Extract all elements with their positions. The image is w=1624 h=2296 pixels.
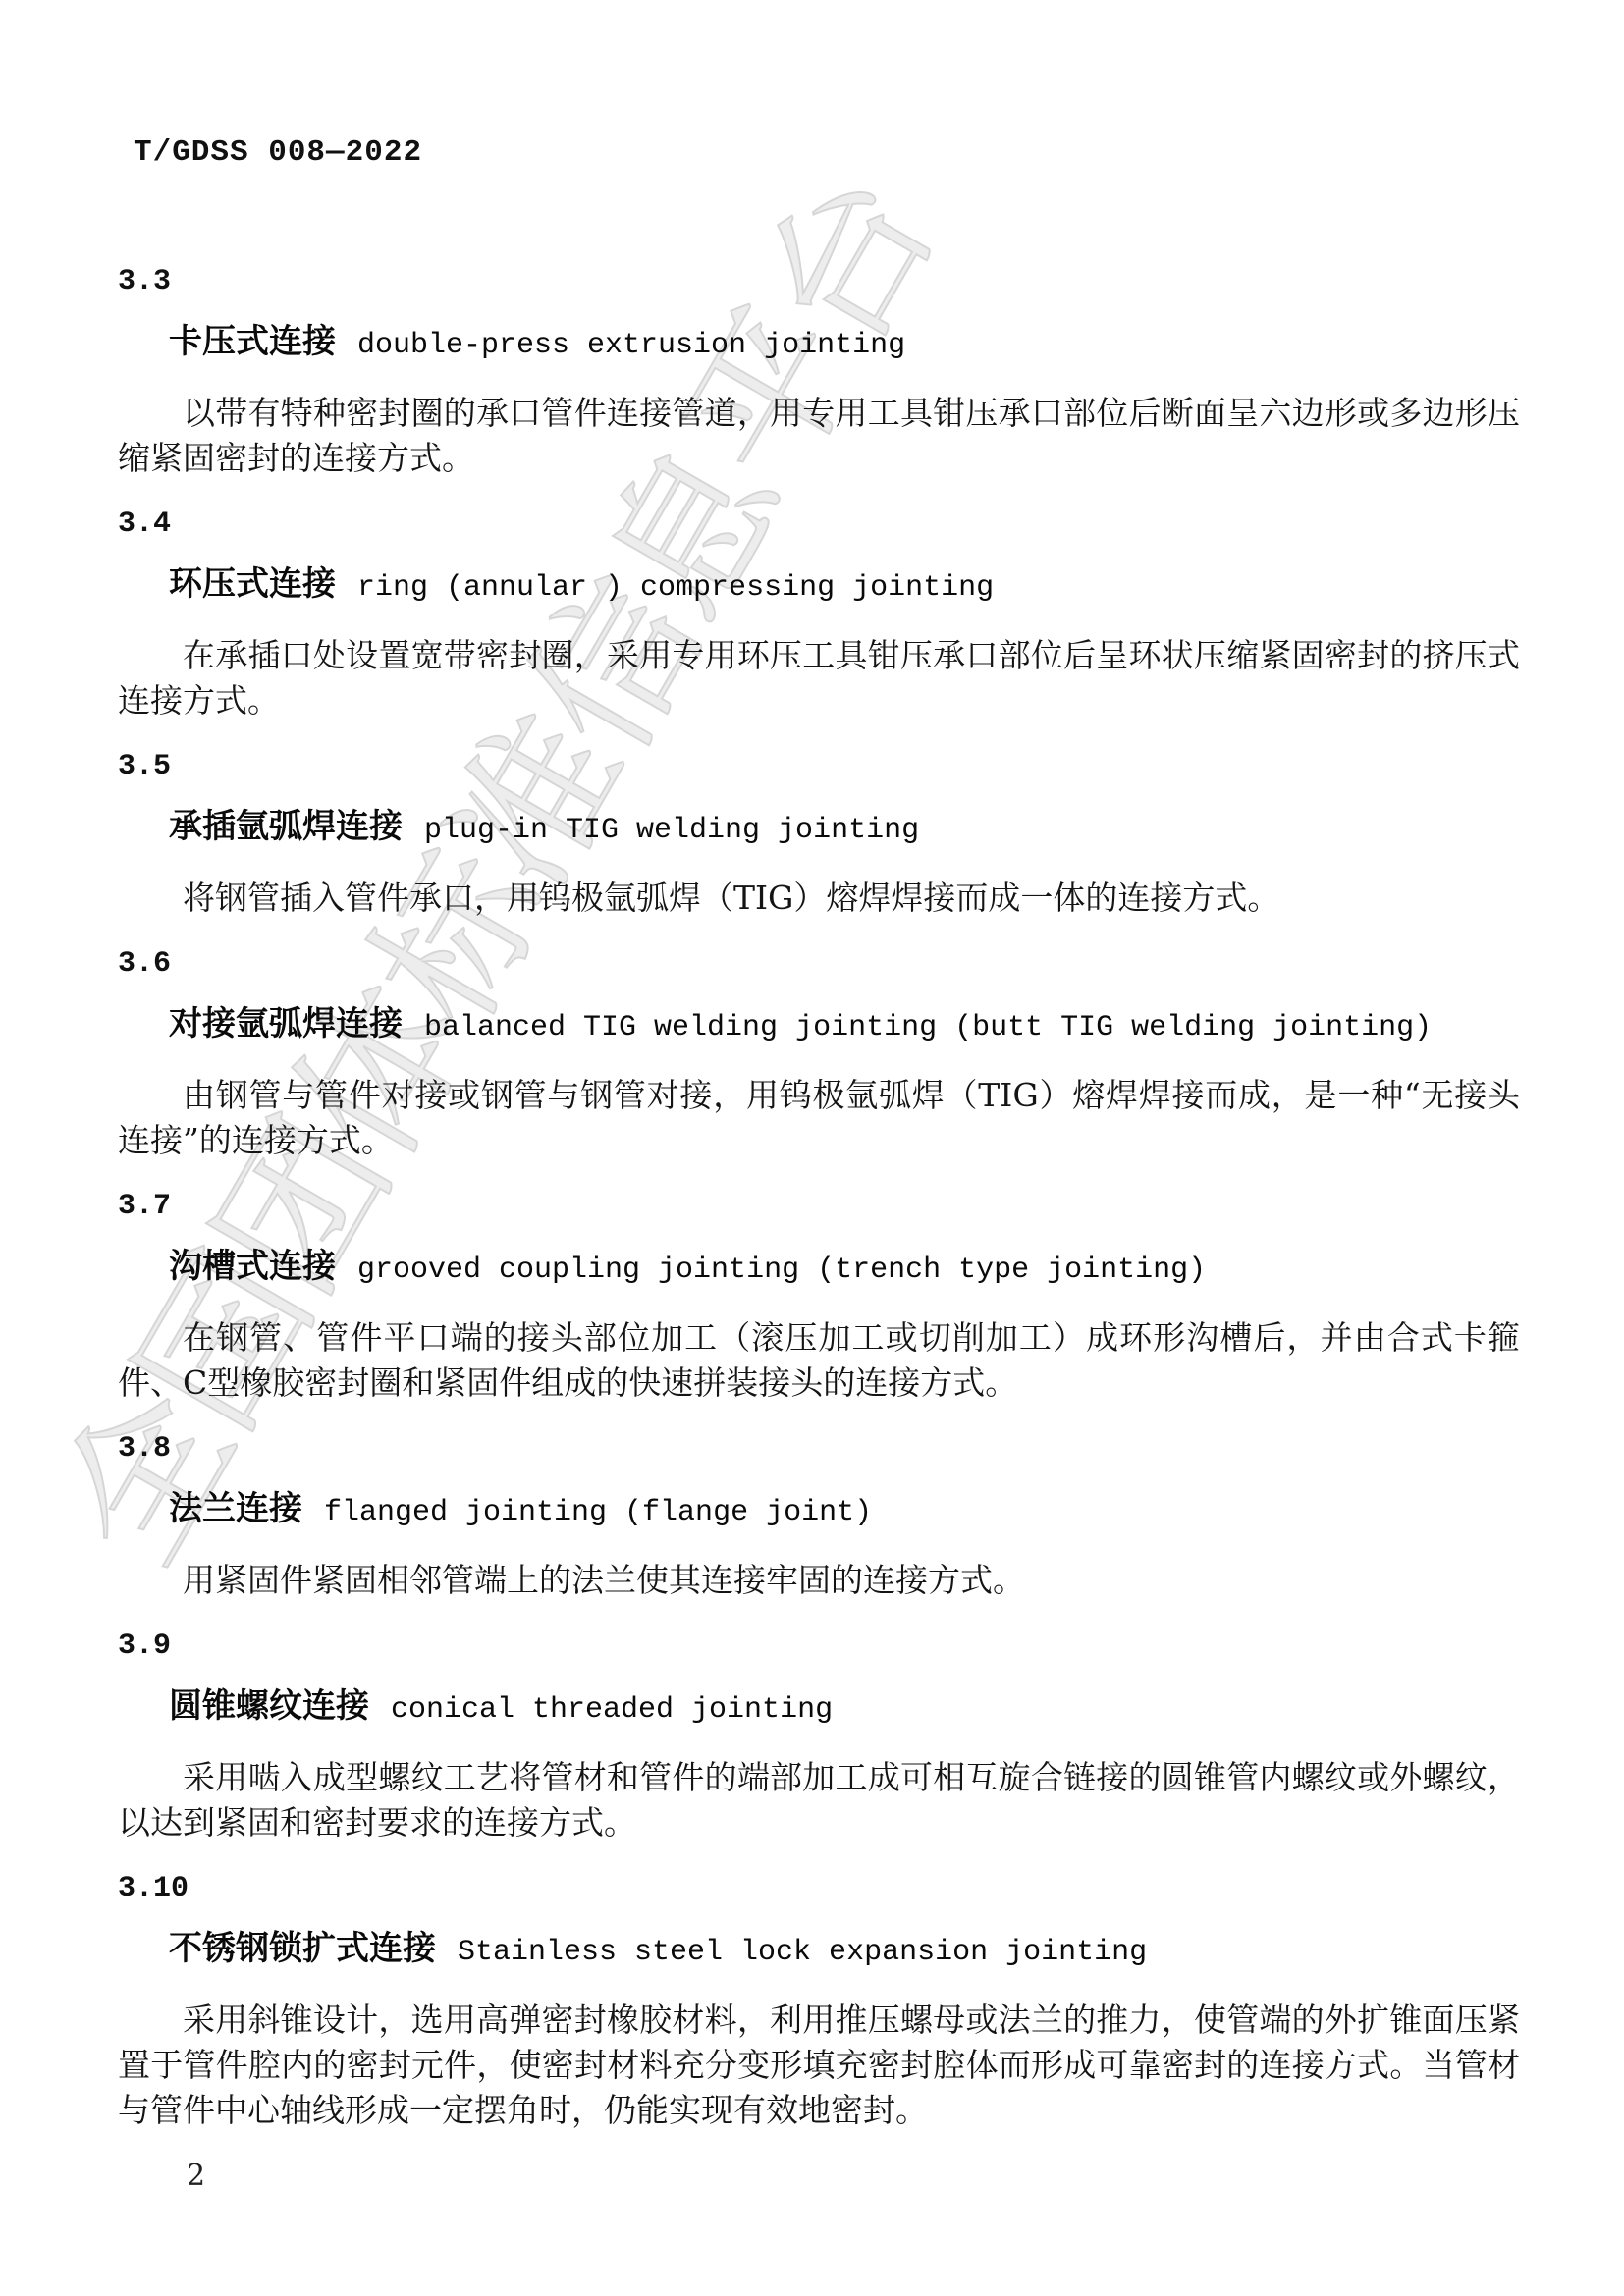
term-line: 不锈钢锁扩式连接Stainless steel lock expansion j… [169,1929,1520,1974]
definition-paragraph: 在钢管、管件平口端的接头部位加工（滚压加工或切削加工）成环形沟槽后，并由合式卡箍… [118,1315,1520,1406]
term-chinese: 环压式连接 [169,564,336,604]
term-section: 3.6 对接氩弧焊连接balanced TIG welding jointing… [118,947,1520,1163]
term-english: balanced TIG welding jointing (butt TIG … [424,1011,1432,1044]
page-body: T/GDSS 008—2022 3.3 卡压式连接double-press ex… [0,0,1624,2296]
term-section: 3.8 法兰连接flanged jointing (flange joint) … [118,1432,1520,1603]
term-line: 法兰连接flanged jointing (flange joint) [169,1489,1520,1534]
section-number: 3.3 [118,265,1520,298]
definition-paragraph: 采用斜锥设计，选用高弹密封橡胶材料，利用推压螺母或法兰的推力，使管端的外扩锥面压… [118,1998,1520,2133]
term-line: 对接氩弧焊连接balanced TIG welding jointing (bu… [169,1004,1520,1049]
terms-sections-container: 3.3 卡压式连接double-press extrusion jointing… [118,265,1520,2133]
section-number: 3.4 [118,507,1520,541]
section-number: 3.7 [118,1190,1520,1223]
term-english: conical threaded jointing [391,1693,833,1727]
term-chinese: 圆锥螺纹连接 [169,1686,369,1726]
standard-number-header: T/GDSS 008—2022 [134,135,1520,171]
page-number: 2 [187,2160,1520,2193]
term-chinese: 承插氩弧焊连接 [169,807,403,846]
term-section: 3.9 圆锥螺纹连接conical threaded jointing 采用啮入… [118,1629,1520,1845]
term-chinese: 卡压式连接 [169,322,336,361]
definition-paragraph: 用紧固件紧固相邻管端上的法兰使其连接牢固的连接方式。 [118,1558,1520,1603]
term-line: 圆锥螺纹连接conical threaded jointing [169,1686,1520,1732]
term-section: 3.10 不锈钢锁扩式连接Stainless steel lock expans… [118,1872,1520,2133]
definition-paragraph: 将钢管插入管件承口，用钨极氩弧焊（TIG）熔焊焊接而成一体的连接方式。 [118,876,1520,921]
section-number: 3.8 [118,1432,1520,1466]
term-section: 3.7 沟槽式连接grooved coupling jointing (tren… [118,1190,1520,1406]
term-english: Stainless steel lock expansion jointing [458,1936,1147,1969]
term-english: ring (annular ) compressing jointing [357,571,994,605]
term-chinese: 不锈钢锁扩式连接 [169,1929,436,1968]
term-chinese: 法兰连接 [169,1489,302,1528]
term-line: 卡压式连接double-press extrusion jointing [169,322,1520,367]
section-number: 3.5 [118,750,1520,783]
term-section: 3.3 卡压式连接double-press extrusion jointing… [118,265,1520,481]
term-english: plug-in TIG welding jointing [424,814,919,847]
term-english: grooved coupling jointing (trench type j… [357,1254,1206,1287]
definition-paragraph: 采用啮入成型螺纹工艺将管材和管件的端部加工成可相互旋合链接的圆锥管内螺纹或外螺纹… [118,1755,1520,1845]
term-line: 沟槽式连接grooved coupling jointing (trench t… [169,1247,1520,1292]
term-chinese: 沟槽式连接 [169,1247,336,1286]
term-english: flanged jointing (flange joint) [324,1496,872,1529]
section-number: 3.6 [118,947,1520,981]
term-section: 3.5 承插氩弧焊连接plug-in TIG welding jointing … [118,750,1520,921]
definition-paragraph: 以带有特种密封圈的承口管件连接管道，用专用工具钳压承口部位后断面呈六边形或多边形… [118,391,1520,481]
definition-paragraph: 在承插口处设置宽带密封圈，采用专用环压工具钳压承口部位后呈环状压缩紧固密封的挤压… [118,633,1520,723]
section-number: 3.9 [118,1629,1520,1663]
term-chinese: 对接氩弧焊连接 [169,1004,403,1043]
term-section: 3.4 环压式连接ring (annular ) compressing joi… [118,507,1520,723]
definition-paragraph: 由钢管与管件对接或钢管与钢管对接，用钨极氩弧焊（TIG）熔焊焊接而成，是一种“无… [118,1073,1520,1163]
document-page: { "page": { "header": "T/GDSS 008—2022",… [0,0,1624,2296]
term-english: double-press extrusion jointing [357,329,905,362]
section-number: 3.10 [118,1872,1520,1905]
term-line: 承插氩弧焊连接plug-in TIG welding jointing [169,807,1520,852]
term-line: 环压式连接ring (annular ) compressing jointin… [169,564,1520,610]
